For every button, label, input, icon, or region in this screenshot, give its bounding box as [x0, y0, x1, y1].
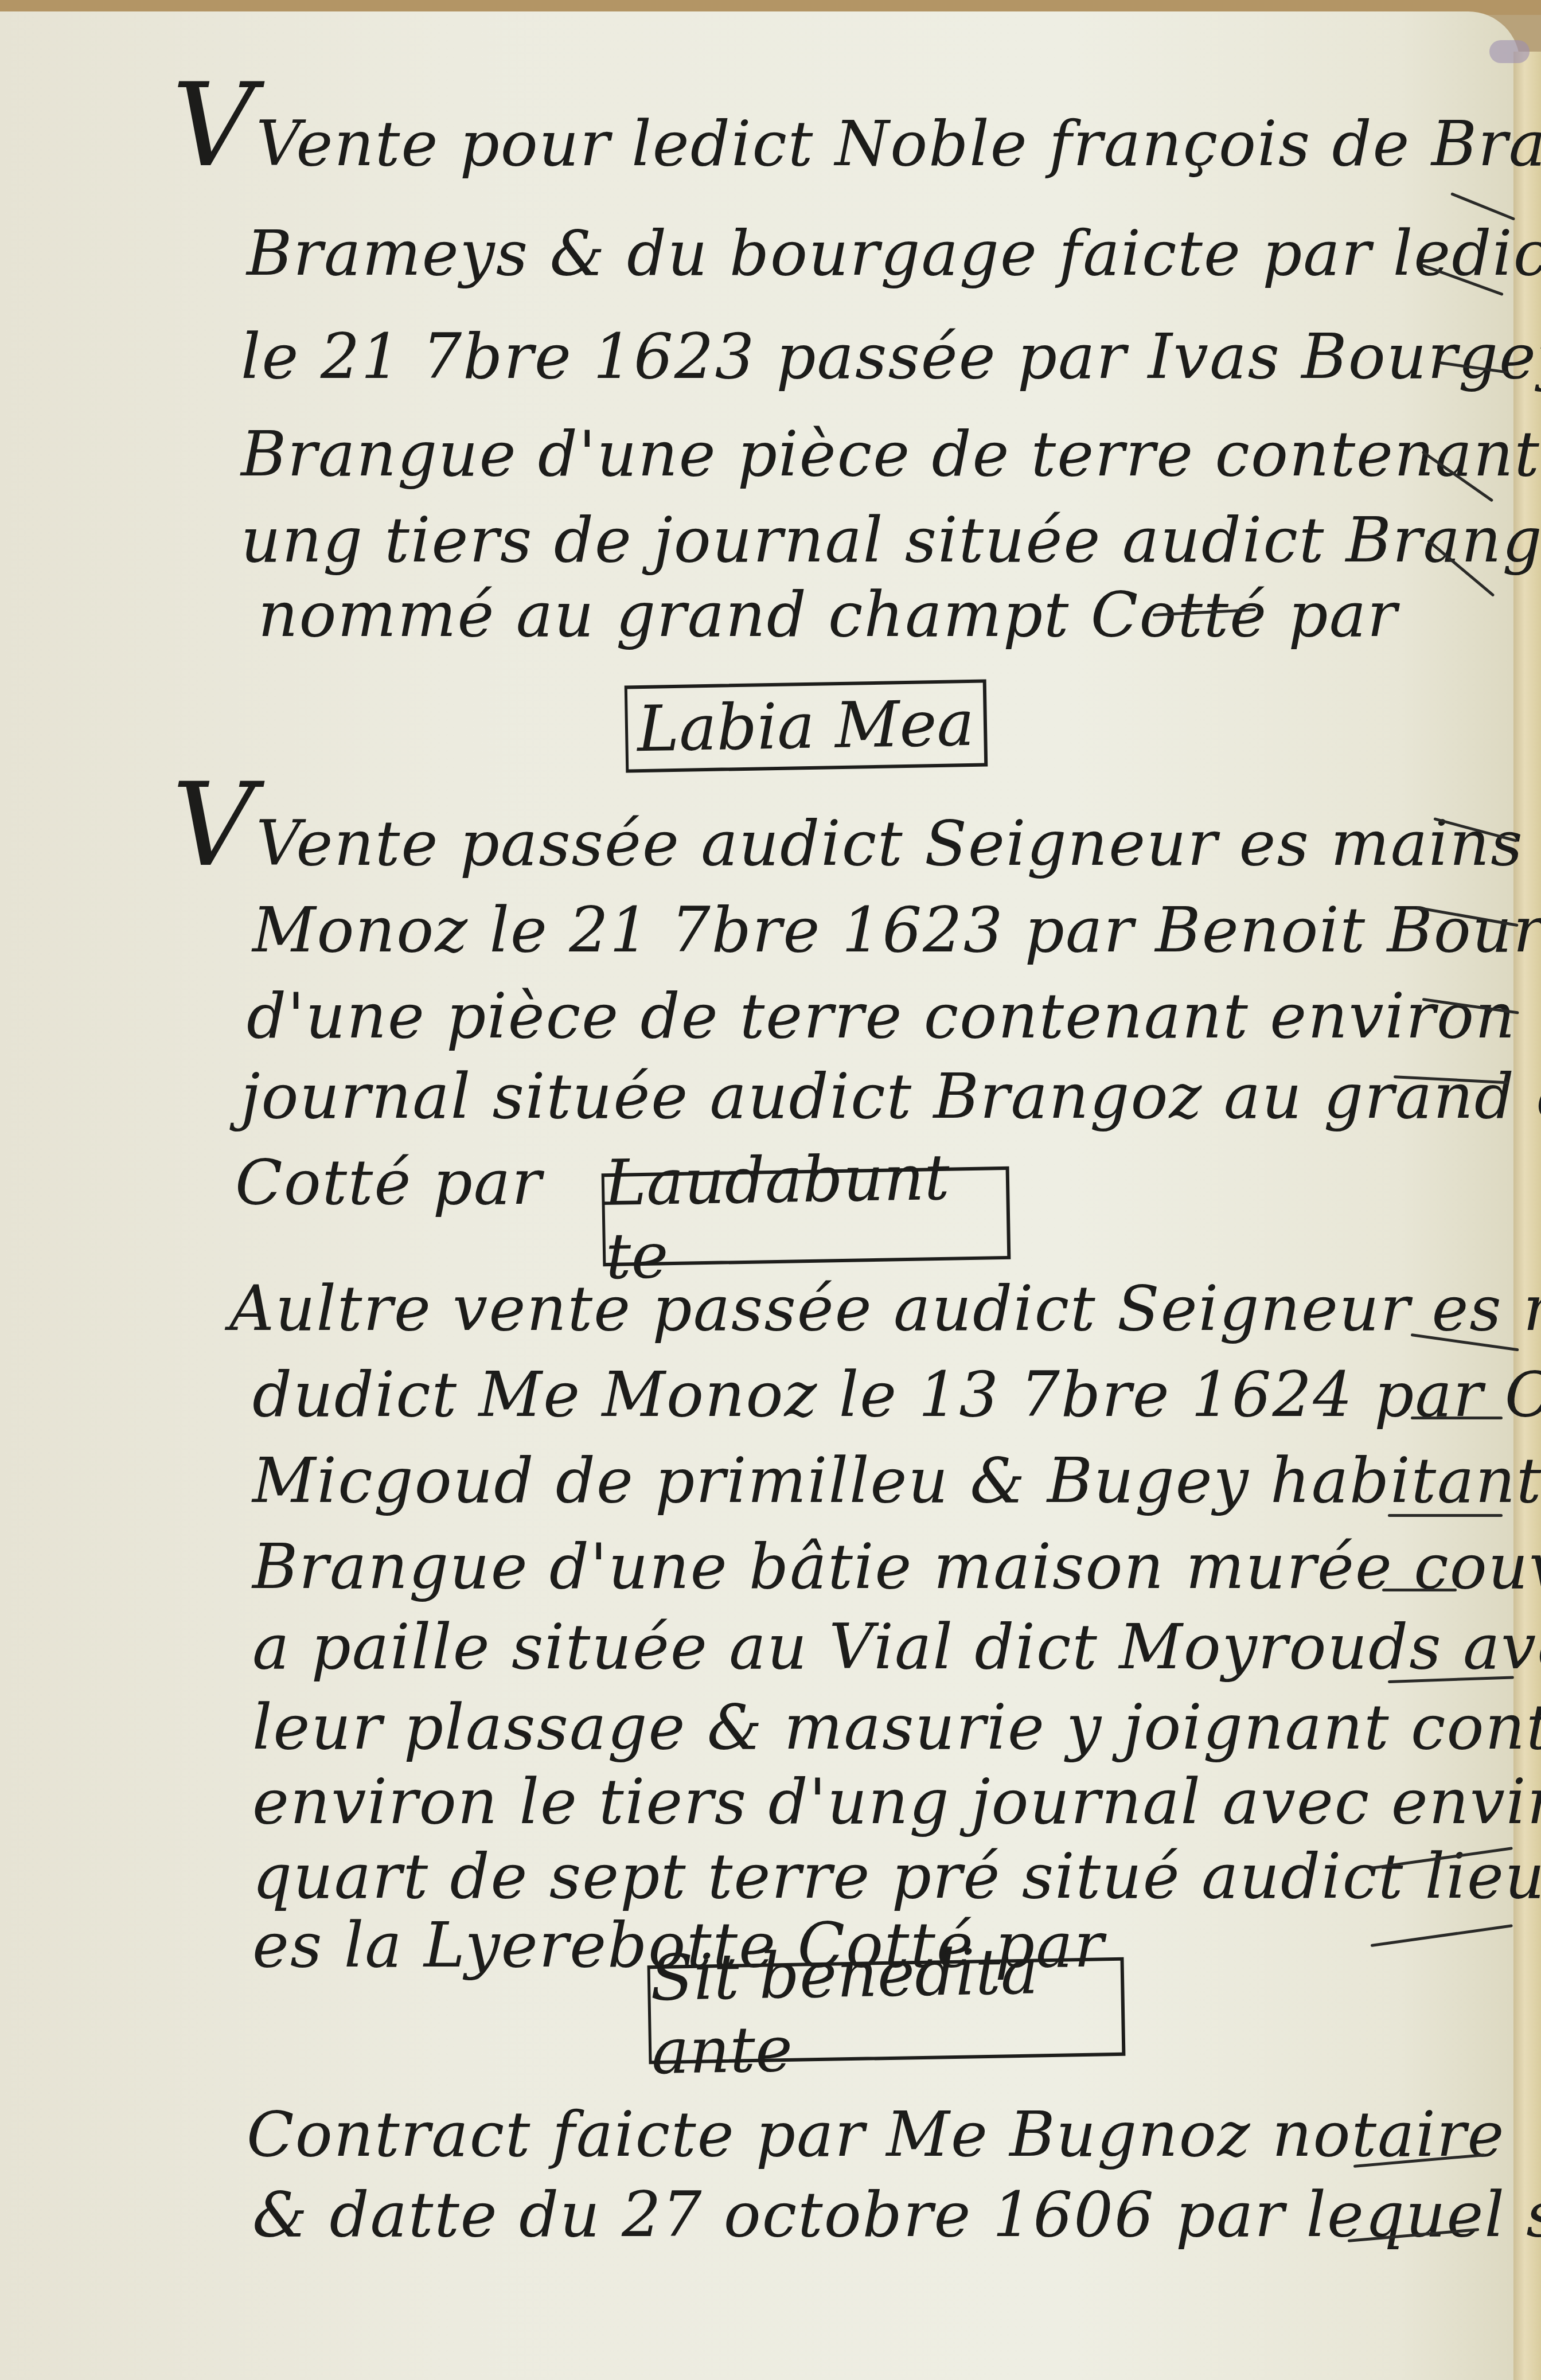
entry-2-line-1: VVente passée audict Seigneur es mains d… [172, 768, 1541, 883]
entry-2-line-4: journal située audict Brangoz au grand c… [241, 1061, 1541, 1133]
entry-1-line-4: Brangue d'une pièce de terre contenant e… [241, 419, 1541, 490]
line-filler-dash [1388, 1514, 1503, 1517]
entry-1-line-5: ung tiers de journal située audict Brang… [241, 505, 1541, 576]
entry-2-line-5: Cotté par [235, 1147, 543, 1219]
entry-3-line-3: Micgoud de primilleu & Bugey habitant au… [252, 1445, 1541, 1517]
entry-3-line-8: quart de sept terre pré situé audict lie… [252, 1841, 1541, 1913]
entry-1-line-2: Brameys & du bourgage faicte par ledict … [247, 218, 1541, 290]
entry-1-line-1: VVente pour ledict Noble françois de Bra… [172, 69, 1541, 184]
entry-4-line-1: Contract faicte par Me Bugnoz notaire [247, 2099, 1505, 2171]
entry-1-line-6: nommé au grand champt Cotté par [258, 579, 1398, 651]
entry-1-line-3: le 21 7bre 1623 passée par Ivas Bourgeyr… [241, 321, 1541, 393]
entry-3-line-6: leur plassage & masurie y joignant conte… [252, 1692, 1541, 1763]
marginal-label-box: Laudabunt te [602, 1166, 1011, 1266]
line-filler-dash [1382, 1589, 1457, 1591]
entry-3-line-4: Brangue d'une bâtie maison murée couvert… [252, 1531, 1541, 1603]
entry-3-line-2: dudict Me Monoz le 13 7bre 1624 par Clau… [252, 1359, 1541, 1431]
entry-2-line-2: Monoz le 21 7bre 1623 par Benoit Bourgey… [252, 895, 1541, 966]
drop-cap: V [172, 759, 256, 892]
entry-3-line-1: Aultre vente passée audict Seigneur es m… [229, 1273, 1541, 1345]
marginal-label-box: Sit benedita ante [647, 1957, 1126, 2064]
entry-3-line-5: a paille située au Vial dict Moyrouds av… [252, 1612, 1541, 1683]
line-filler-dash [1411, 1417, 1503, 1419]
entry-3-line-7: environ le tiers d'ung journal avec envi… [252, 1766, 1541, 1838]
book-binding-edge [1513, 52, 1541, 2380]
drop-cap: V [172, 59, 256, 193]
entry-2-line-3: d'une pièce de terre contenant environ u… [247, 981, 1541, 1052]
ribbon-marker [1489, 40, 1530, 63]
marginal-label-box: Labia Mea [625, 680, 988, 773]
